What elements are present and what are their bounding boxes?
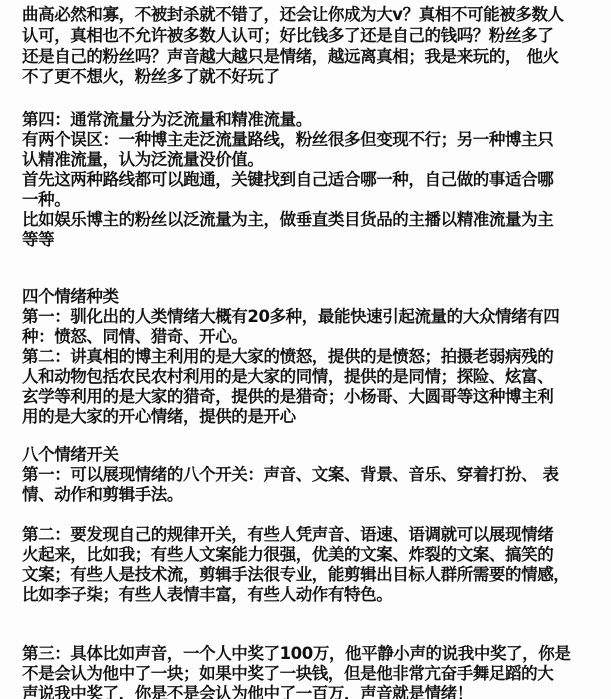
text-line: 等等 [22,230,54,250]
text-line: 不了更不想火，粉丝多了就不好玩了 [22,67,280,87]
text-line: 第二：讲真相的博主利用的是大家的愤怒，提供的是愤怒；拍摄老弱病残的 [22,347,553,367]
text-line: 第三：具体比如声音，一个人中奖了100万，他平静小声的说我中奖了，你是 [22,644,570,664]
text-line: 一种。 [22,190,70,210]
text-line: 情、动作和剪辑手法。 [22,485,183,505]
text-line: 第四：通常流量分为泛流量和精准流量。 [22,110,312,130]
text-line: 第一：驯化出的人类情绪大概有20多种，最能快速引起流量的大众情绪有四 [22,307,559,327]
text-line: 第二：要发现自己的规律开关，有些人凭声音、语速、语调就可以展现情绪 [22,525,553,545]
text-line: 文案；有些人是技术流，剪辑手法很专业，能剪辑出目标人群所需要的情感， [22,565,569,585]
text-line: 人和动物包括农民农村利用的是大家的同情，提供的是同情；探险、炫富、 [22,367,553,387]
text-line: 八个情绪开关 [22,445,119,465]
text-line: 种：愤怒、同情、猎奇、开心。 [22,327,247,347]
text-line: 玄学等利用的是大家的猎奇，提供的是猎奇；小杨哥、大圆哥等这种博主利 [22,387,553,407]
text-line: 四个情绪种类 [22,287,119,307]
text-line: 有两个误区：一种博主走泛流量路线，粉丝很多但变现不行；另一种博主只 [22,130,553,150]
text-line: 认精准流量，认为泛流量没价值。 [22,150,264,170]
text-line: 首先这两种路线都可以跑通，关键找到自己适合哪一种，自己做的事适合哪 [22,170,553,190]
text-line: 曲高必然和寡，不被封杀就不错了，还会让你成为大v？真相不可能被多数人 [22,5,564,25]
text-line: 认可，真相也不允许被多数人认可；好比钱多了还是自己的钱吗？粉丝多了 [22,26,553,46]
text-line: 比如娱乐博主的粉丝以泛流量为主，做垂直类目货品的主播以精准流量为主 [22,210,553,230]
text-line: 第一：可以展现情绪的八个开关：声音、文案、背景、音乐、穿着打扮、 表 [22,465,559,485]
text-line: 火起来，比如我；有些人文案能力很强，优美的文案、炸裂的文案、搞笑的 [22,545,553,565]
text-line: 还是自己的粉丝吗？声音越大越只是情绪，越远离真相；我是来玩的， 他火 [22,47,559,67]
document-page: 曲高必然和寡，不被封杀就不错了，还会让你成为大v？真相不可能被多数人认可，真相也… [0,0,611,699]
text-line: 比如李子柒；有些人表情丰富，有些人动作有特色。 [22,585,392,605]
text-line: 声说我中奖了，你是不是会认为他中了一百万，声音就是情绪！ [22,684,473,699]
text-line: 不是会认为他中了一块；如果中奖了一块钱，但是他非常亢奋手舞足蹈的大 [22,664,553,684]
text-line: 用的是大家的开心情绪，提供的是开心 [22,407,296,427]
